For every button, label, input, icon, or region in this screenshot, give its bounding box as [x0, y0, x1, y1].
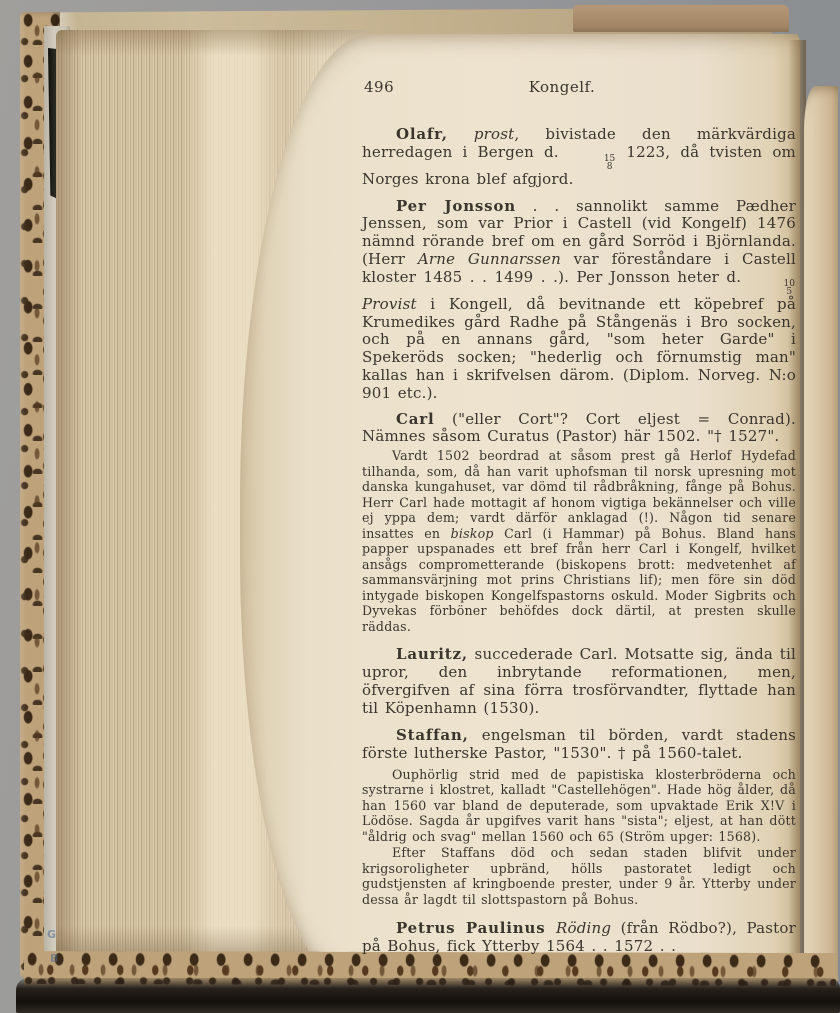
text-run: Petrus Paulinus: [396, 919, 556, 937]
scanned-book-page-photo: G B 496 Kongelf. Olafr, prost, bivistade…: [0, 0, 840, 1013]
note-staffan-2: Efter Staffans död och sedan staden blif…: [362, 845, 796, 907]
entry-lauritz: Lauritz, succederade Carl. Motsatte sig,…: [362, 646, 796, 717]
text-run: Per Jonsson: [396, 197, 516, 215]
text-run: biskop: [451, 526, 494, 541]
text-run: prost: [474, 125, 515, 143]
date-fraction: 158: [570, 155, 615, 171]
text-run: i Kongell, då bevitnande ett köpebref på…: [362, 295, 796, 402]
text-run: Ouphörlig strid med de papistiska kloste…: [362, 767, 796, 844]
book-shadow: [16, 978, 840, 1013]
text-run: Staffan,: [396, 726, 469, 744]
entry-per-jonsson: Per Jonsson . . sannolikt samme Pædher J…: [362, 198, 796, 403]
text-run: Olafr,: [396, 125, 448, 143]
text-run: Arne Gunnarssen: [418, 250, 561, 268]
page-header: 496 Kongelf.: [362, 78, 796, 100]
entry-petrus-paulinus: Petrus Paulinus Röding (från Rödbo?), Pa…: [362, 920, 796, 956]
library-stamp-1: G: [47, 928, 56, 941]
text-run: Lauritz,: [396, 645, 468, 663]
text-run: Efter Staffans död och sedan staden blif…: [362, 845, 796, 907]
note-staffan-1: Ouphörlig strid med de papistiska kloste…: [362, 767, 796, 845]
entry-staffan: Staffan, engelsman til börden, vardt sta…: [362, 727, 796, 763]
text-run: Carl (i Hammar) på Bohus. Bland hans pap…: [362, 526, 796, 634]
text-run: Carl: [396, 410, 434, 428]
adjacent-page-edge: [804, 86, 838, 982]
note-carl: Vardt 1502 beordrad at såsom prest gå He…: [362, 448, 796, 634]
page-text-block: 496 Kongelf. Olafr, prost, bivistade den…: [362, 78, 796, 956]
entry-olafr: Olafr, prost, bivistade den märkvärdiga …: [362, 126, 796, 189]
text-run: [448, 125, 474, 143]
running-head: Kongelf.: [362, 78, 762, 96]
library-stamp-2: B: [50, 952, 58, 965]
date-fraction: 105: [750, 280, 795, 296]
text-run: Provist: [362, 295, 417, 313]
entry-carl: Carl ("eller Cort"? Cort eljest = Conrad…: [362, 411, 796, 447]
book-headband: [573, 5, 789, 32]
text-run: Röding: [556, 919, 611, 937]
